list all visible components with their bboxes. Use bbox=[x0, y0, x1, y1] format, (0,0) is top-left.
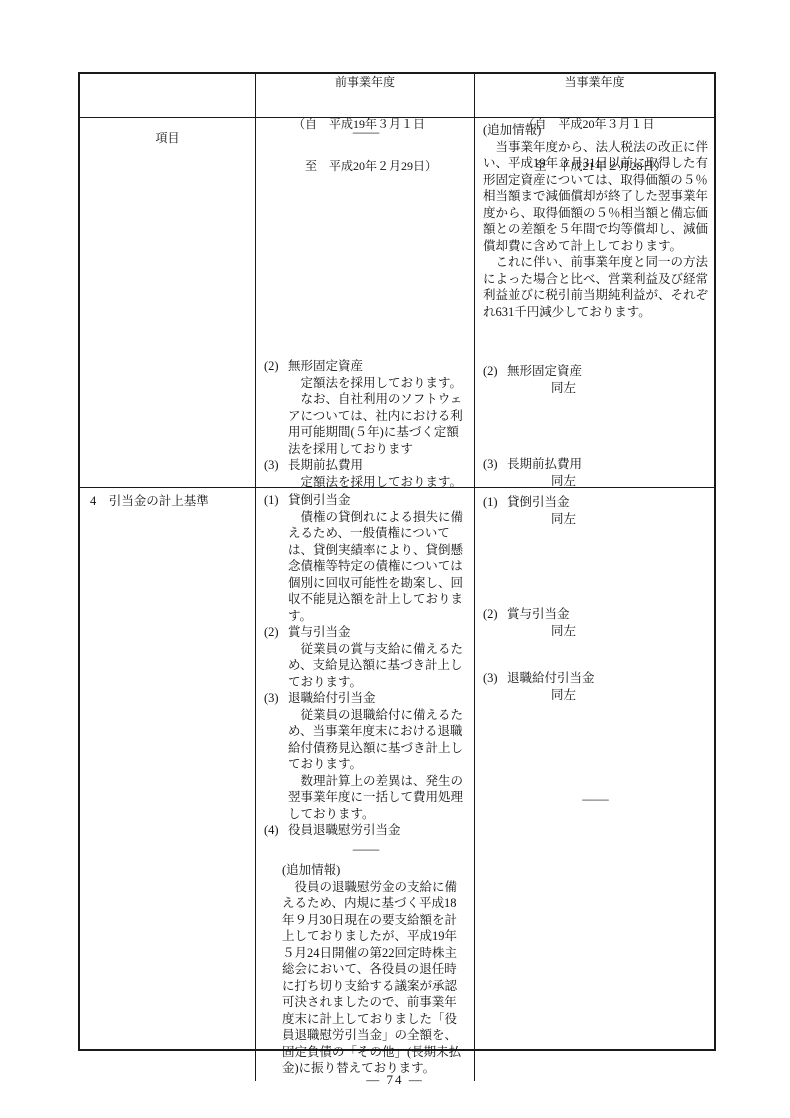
item-paragraph: 数理計算上の差異は、発生の翌事業年度に一括して費用処理しております。 bbox=[288, 773, 468, 823]
additional-info-block: (追加情報) 当事業年度から、法人税法の改正に伴い、平成19年３月31日以前に取… bbox=[483, 122, 708, 320]
row1-prev-items: (2) 無形固定資産 定額法を採用しております。 なお、自社利用のソフトウェアに… bbox=[264, 358, 468, 490]
same-as-left: 同左 bbox=[551, 380, 708, 397]
item-body: 退職給付引当金 従業員の退職給付に備えるため、当事業年度末における退職給付債務見… bbox=[288, 690, 468, 822]
same-as-left: 同左 bbox=[551, 623, 708, 640]
list-item: (3) 長期前払費用 定額法を採用しております。 bbox=[264, 457, 468, 490]
row2-prev-content: (1) 貸倒引当金 債権の貸倒れによる損失に備えるため、一般債権については、貸倒… bbox=[256, 488, 474, 1081]
item-label: 賞与引当金 bbox=[288, 625, 351, 639]
item-body: 賞与引当金 従業員の賞与支給に備えるため、支給見込額に基づき計上しております。 bbox=[288, 624, 468, 690]
list-item: (1) 貸倒引当金 債権の貸倒れによる損失に備えるため、一般債権については、貸倒… bbox=[264, 492, 468, 624]
empty-dash: ─── bbox=[483, 792, 708, 809]
row1-curr-cell: (追加情報) 当事業年度から、法人税法の改正に伴い、平成19年３月31日以前に取… bbox=[474, 118, 714, 487]
item-number: (3) bbox=[483, 456, 507, 489]
note-paragraph: 当事業年度から、法人税法の改正に伴い、平成19年３月31日以前に取得した有形固定… bbox=[483, 139, 708, 255]
document-page: 項目 前事業年度 （自 平成19年３月１日 至 平成20年２月29日） 当事業年… bbox=[0, 0, 790, 1118]
table-row: ─── (2) 無形固定資産 定額法を採用しております。 なお、自社利用のソフト… bbox=[80, 117, 714, 487]
item-number: (2) bbox=[483, 363, 507, 396]
list-item: (3) 退職給付引当金 同左 bbox=[483, 670, 708, 703]
same-as-left: 同左 bbox=[551, 511, 708, 528]
item-label: 無形固定資産 bbox=[507, 364, 582, 378]
item-paragraph: なお、自社利用のソフトウェアについては、社内における利用可能期間(５年)に基づく… bbox=[288, 391, 468, 457]
additional-info-block: (追加情報) 役員の退職慰労金の支給に備えるため、内規に基づく平成18年９月30… bbox=[282, 862, 468, 1077]
item-number: (2) bbox=[264, 624, 288, 690]
curr-year-title: 当事業年度 bbox=[475, 75, 714, 89]
item-label: 無形固定資産 bbox=[288, 359, 363, 373]
item-body: 退職給付引当金 同左 bbox=[507, 670, 708, 703]
item-number: (3) bbox=[264, 690, 288, 822]
accounting-policies-table: 項目 前事業年度 （自 平成19年３月１日 至 平成20年２月29日） 当事業年… bbox=[78, 72, 716, 1051]
item-label: 長期前払費用 bbox=[507, 457, 582, 471]
item-label: 貸倒引当金 bbox=[507, 495, 570, 509]
item-paragraph: 債権の貸倒れによる損失に備えるため、一般債権については、貸倒実績率により、貸倒懸… bbox=[288, 509, 468, 625]
item-label: 賞与引当金 bbox=[507, 607, 570, 621]
item-number: (2) bbox=[483, 606, 507, 639]
item-label: 退職給付引当金 bbox=[288, 691, 376, 705]
item-number: (4) bbox=[264, 822, 288, 839]
item-number: (2) bbox=[264, 358, 288, 457]
row1-item-cell bbox=[80, 118, 255, 487]
item-paragraph: 従業員の退職給付に備えるため、当事業年度末における退職給付債務見込額に基づき計上… bbox=[288, 707, 468, 773]
empty-dash: ─── bbox=[264, 842, 468, 859]
item-body: 無形固定資産 定額法を採用しております。 なお、自社利用のソフトウェアについては… bbox=[288, 358, 468, 457]
item-paragraph: 従業員の賞与支給に備えるため、支給見込額に基づき計上しております。 bbox=[288, 641, 468, 691]
list-item: (2) 無形固定資産 定額法を採用しております。 なお、自社利用のソフトウェアに… bbox=[264, 358, 468, 457]
item-title: 4 引当金の計上基準 bbox=[80, 488, 255, 510]
item-label: 貸倒引当金 bbox=[288, 493, 351, 507]
empty-dash: ─── bbox=[264, 125, 468, 142]
item-body: 貸倒引当金 債権の貸倒れによる損失に備えるため、一般債権については、貸倒実績率に… bbox=[288, 492, 468, 624]
list-item: (2) 賞与引当金 従業員の賞与支給に備えるため、支給見込額に基づき計上しており… bbox=[264, 624, 468, 690]
same-as-left: 同左 bbox=[551, 473, 708, 490]
item-label: 役員退職慰労引当金 bbox=[288, 823, 401, 837]
same-as-left: 同左 bbox=[551, 687, 708, 704]
row2-curr-items: (1) 貸倒引当金 同左 (2) 賞与引当金 同左 bbox=[483, 494, 708, 809]
item-number: (1) bbox=[483, 494, 507, 527]
row2-item-cell: 4 引当金の計上基準 bbox=[80, 488, 255, 1081]
row1-prev-cell: ─── (2) 無形固定資産 定額法を採用しております。 なお、自社利用のソフト… bbox=[255, 118, 474, 487]
page-number: ― 74 ― bbox=[0, 1072, 790, 1088]
item-body: 役員退職慰労引当金 bbox=[288, 822, 468, 839]
list-item: (3) 退職給付引当金 従業員の退職給付に備えるため、当事業年度末における退職給… bbox=[264, 690, 468, 822]
item-paragraph: 定額法を採用しております。 bbox=[288, 375, 468, 392]
additional-info-label: (追加情報) bbox=[483, 122, 708, 139]
prev-year-title: 前事業年度 bbox=[256, 75, 474, 89]
item-body: 貸倒引当金 同左 bbox=[507, 494, 708, 527]
list-item: (4) 役員退職慰労引当金 bbox=[264, 822, 468, 839]
item-number: (1) bbox=[264, 492, 288, 624]
additional-info-label: (追加情報) bbox=[282, 862, 468, 879]
list-item: (2) 無形固定資産 同左 bbox=[483, 363, 708, 396]
item-body: 無形固定資産 同左 bbox=[507, 363, 708, 396]
item-body: 長期前払費用 同左 bbox=[507, 456, 708, 489]
row2-prev-cell: (1) 貸倒引当金 債権の貸倒れによる損失に備えるため、一般債権については、貸倒… bbox=[255, 488, 474, 1081]
list-item: (3) 長期前払費用 同左 bbox=[483, 456, 708, 489]
note-paragraph: 役員の退職慰労金の支給に備えるため、内規に基づく平成18年９月30日現在の要支給… bbox=[282, 879, 468, 1077]
row1-curr-items: (2) 無形固定資産 同左 (3) 長期前払費用 同左 bbox=[483, 363, 708, 489]
row2-curr-cell: (1) 貸倒引当金 同左 (2) 賞与引当金 同左 bbox=[474, 488, 714, 1081]
list-item: (1) 貸倒引当金 同左 bbox=[483, 494, 708, 527]
list-item: (2) 賞与引当金 同左 bbox=[483, 606, 708, 639]
item-body: 賞与引当金 同左 bbox=[507, 606, 708, 639]
item-number: (3) bbox=[483, 670, 507, 703]
table-row: 4 引当金の計上基準 (1) 貸倒引当金 債権の貸倒れによる損失に備えるため、一… bbox=[80, 487, 714, 1049]
item-label: 退職給付引当金 bbox=[507, 671, 595, 685]
item-label: 長期前払費用 bbox=[288, 458, 363, 472]
item-body: 長期前払費用 定額法を採用しております。 bbox=[288, 457, 468, 490]
table-header-row: 項目 前事業年度 （自 平成19年３月１日 至 平成20年２月29日） 当事業年… bbox=[80, 74, 714, 117]
note-paragraph: これに伴い、前事業年度と同一の方法によった場合と比べ、営業利益及び経常利益並びに… bbox=[483, 254, 708, 320]
item-number: (3) bbox=[264, 457, 288, 490]
